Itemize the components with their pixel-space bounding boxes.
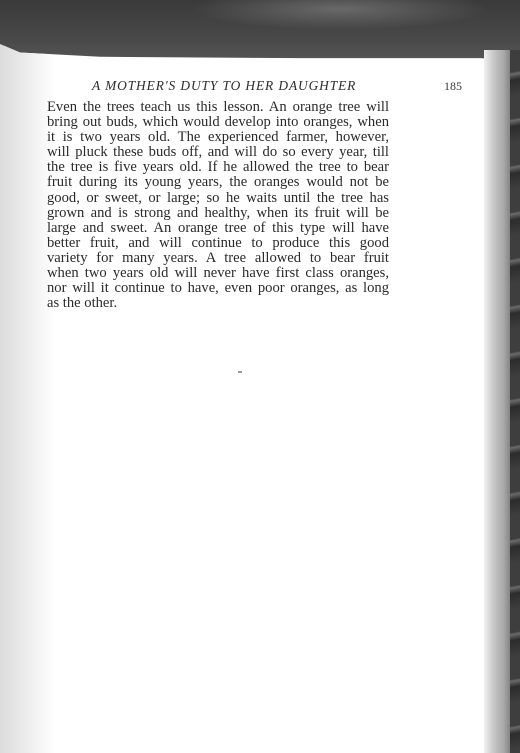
book-cover-edge <box>510 50 520 753</box>
running-head-title: A MOTHER'S DUTY TO HER DAUGHTER <box>92 78 356 94</box>
text-line: good, or sweet, or large; so he waits un… <box>47 191 389 206</box>
text-line: nor will it continue to have, even poor … <box>47 281 389 296</box>
text-line: when two years old will never have first… <box>47 266 389 281</box>
page-number: 185 <box>444 79 462 94</box>
backdrop-speckle <box>190 0 490 30</box>
text-line: better fruit, and will continue to produ… <box>47 236 389 251</box>
running-head: A MOTHER'S DUTY TO HER DAUGHTER 185 <box>92 78 462 94</box>
text-line: grown and is strong and healthy, when it… <box>47 206 389 221</box>
text-line: the tree is five years old. If he allowe… <box>47 160 389 175</box>
page-stack-edge <box>484 50 520 753</box>
text-line: Even the trees teach us this lesson. An … <box>47 100 389 115</box>
text-line: bring out buds, which would develop into… <box>47 115 389 130</box>
text-line: will pluck these buds off, and will do s… <box>47 145 389 160</box>
body-paragraph: Even the trees teach us this lesson. An … <box>47 100 389 311</box>
text-line: large and sweet. An orange tree of this … <box>47 221 389 236</box>
text-line-last: as the other. <box>47 296 389 311</box>
scan-speck <box>238 371 242 373</box>
text-line: it is two years old. The experienced far… <box>47 130 389 145</box>
text-line: fruit during its young years, the orange… <box>47 175 389 190</box>
scanner-backdrop <box>0 0 520 60</box>
text-line: variety for many years. A tree allowed t… <box>47 251 389 266</box>
